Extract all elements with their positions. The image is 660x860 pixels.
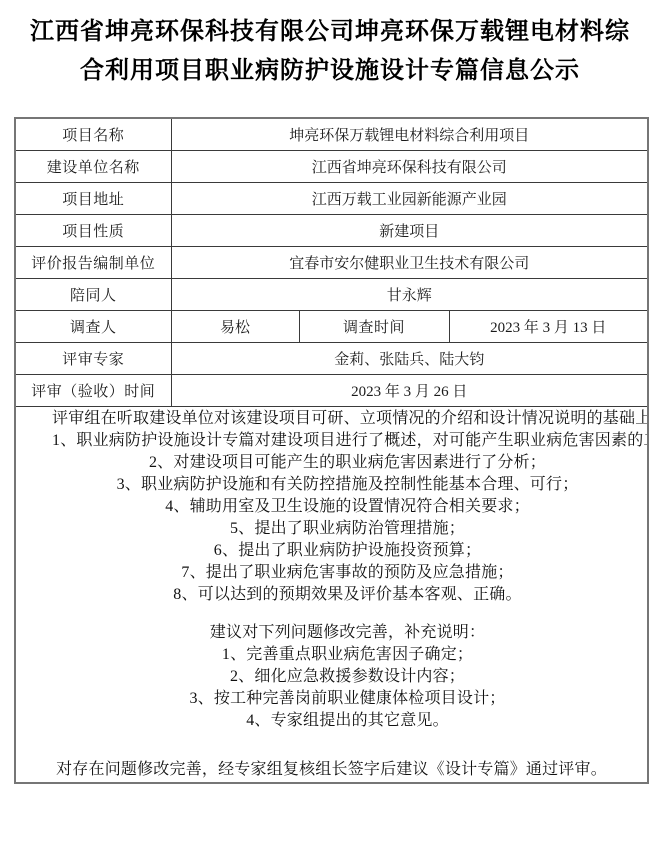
table-row-report-compiler: 评价报告编制单位 宜春市安尔健职业卫生技术有限公司 [15, 247, 648, 279]
review-opinion-cell: 评审组在听取建设单位对该建设项目可研、立项情况的介绍和设计情况说明的基础上，查阅… [15, 407, 648, 784]
table-row-project-address: 项目地址 江西万载工业园新能源产业园 [15, 183, 648, 215]
project-info-table: 项目名称 坤亮环保万载锂电材料综合利用项目 建设单位名称 江西省坤亮环保科技有限… [14, 117, 649, 784]
page-title: 江西省坤亮环保科技有限公司坤亮环保万载锂电材料综 合利用项目职业病防护设施设计专… [18, 13, 642, 91]
table-row-review-opinion: 评审组在听取建设单位对该建设项目可研、立项情况的介绍和设计情况说明的基础上，查阅… [15, 407, 648, 784]
value-review-experts: 金莉、张陆兵、陆大钧 [171, 343, 648, 375]
opinion-item-2: 2、对建设项目可能产生的职业病危害因素进行了分析； [20, 452, 643, 474]
value-project-nature: 新建项目 [171, 215, 648, 247]
value-construction-unit: 江西省坤亮环保科技有限公司 [171, 151, 648, 183]
value-investigator: 易松 [171, 311, 299, 343]
opinion-item-3: 3、职业病防护设施和有关防控措施及控制性能基本合理、可行； [20, 474, 643, 496]
opinion-item-6: 6、提出了职业病防护设施投资预算； [20, 540, 643, 562]
table-row-project-name: 项目名称 坤亮环保万载锂电材料综合利用项目 [15, 118, 648, 151]
value-survey-time: 2023 年 3 月 13 日 [449, 311, 648, 343]
suggestion-item-4: 4、专家组提出的其它意见。 [20, 710, 643, 732]
value-report-compiler: 宜春市安尔健职业卫生技术有限公司 [171, 247, 648, 279]
suggestion-item-1: 1、完善重点职业病危害因子确定； [20, 644, 643, 666]
table-row-accompanying-person: 陪同人 甘永辉 [15, 279, 648, 311]
value-review-time: 2023 年 3 月 26 日 [171, 375, 648, 407]
suggestion-header: 建议对下列问题修改完善，补充说明： [20, 622, 643, 644]
table-row-construction-unit: 建设单位名称 江西省坤亮环保科技有限公司 [15, 151, 648, 183]
label-report-compiler: 评价报告编制单位 [15, 247, 171, 279]
page-title-line1: 江西省坤亮环保科技有限公司坤亮环保万载锂电材料综 [18, 13, 642, 52]
opinion-item-8: 8、可以达到的预期效果及评价基本客观、正确。 [20, 584, 643, 606]
opinion-item-1: 1、职业病防护设施设计专篇对建设项目进行了概述，对可能产生职业病危害因素的工作场… [20, 430, 643, 452]
label-investigator: 调查人 [15, 311, 171, 343]
table-row-investigator: 调查人 易松 调查时间 2023 年 3 月 13 日 [15, 311, 648, 343]
label-survey-time: 调查时间 [299, 311, 449, 343]
suggestion-item-3: 3、按工种完善岗前职业健康体检项目设计； [20, 688, 643, 710]
opinion-conclusion: 对存在问题修改完善，经专家组复核组长签字后建议《设计专篇》通过评审。 [20, 759, 643, 781]
label-project-name: 项目名称 [15, 118, 171, 151]
value-project-address: 江西万载工业园新能源产业园 [171, 183, 648, 215]
opinion-intro: 评审组在听取建设单位对该建设项目可研、立项情况的介绍和设计情况说明的基础上，查阅… [20, 408, 643, 430]
table-row-review-time: 评审（验收）时间 2023 年 3 月 26 日 [15, 375, 648, 407]
value-project-name: 坤亮环保万载锂电材料综合利用项目 [171, 118, 648, 151]
table-row-review-experts: 评审专家 金莉、张陆兵、陆大钧 [15, 343, 648, 375]
label-review-time: 评审（验收）时间 [15, 375, 171, 407]
opinion-item-5: 5、提出了职业病防治管理措施； [20, 518, 643, 540]
page-title-line2: 合利用项目职业病防护设施设计专篇信息公示 [18, 52, 642, 91]
label-construction-unit: 建设单位名称 [15, 151, 171, 183]
label-review-experts: 评审专家 [15, 343, 171, 375]
opinion-item-7: 7、提出了职业病危害事故的预防及应急措施； [20, 562, 643, 584]
table-row-project-nature: 项目性质 新建项目 [15, 215, 648, 247]
suggestion-item-2: 2、细化应急救援参数设计内容； [20, 666, 643, 688]
opinion-item-4: 4、辅助用室及卫生设施的设置情况符合相关要求； [20, 496, 643, 518]
label-project-address: 项目地址 [15, 183, 171, 215]
label-accompanying-person: 陪同人 [15, 279, 171, 311]
label-project-nature: 项目性质 [15, 215, 171, 247]
value-accompanying-person: 甘永辉 [171, 279, 648, 311]
